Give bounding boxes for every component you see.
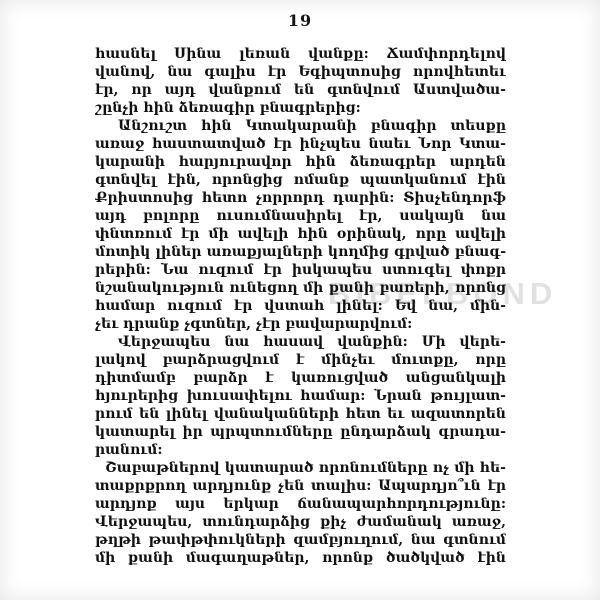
text-line: հասնել Սինա լեռան վանքը: Ճամփորդելով քար… [95, 45, 506, 63]
text-line: կարանի հարյուրավոր հին ձեռագրեր արդեն [95, 153, 506, 171]
text-line: այդ բոլորը ուսումնասիրել էր, սակայն նա [95, 207, 506, 225]
text-line: համար ուզում էր վստահ լինել: Եվ նա, մին- [95, 297, 506, 315]
text-line: Շաբաթներով կատարած որոնումները ոչ մի հե- [95, 459, 506, 477]
text-line: հյուրերից խուսափելու համար: Նրան թույլատ… [95, 387, 506, 405]
text-line: վանով, նա գալիս էր Եգիպտոսից որովհետեւ լ… [95, 63, 506, 81]
text-line: տաքրքրող արդյունք չեն տալիս: Ապարդյո՞ւն … [95, 477, 506, 495]
paragraph: Շաբաթներով կատարած որոնումները ոչ մի հե-… [95, 459, 506, 567]
text-line: Քրիստոսից հետո չորրորդ դարին: Տիսչենդորֆ [95, 189, 506, 207]
text-line: թղթի թափթփուկների զամբյուղում, նա գտնում… [95, 531, 506, 549]
text-line: Անշուշտ հին Կտակարանի բնագիր տեսքը դարեր [95, 117, 506, 135]
text-line: մոտիկ լիներ առաքյալների կողմից գրված բնա… [95, 243, 506, 261]
text-line: Վերջապես նա հասավ վանքին: Մի վերե- [95, 333, 506, 351]
text-line: էր, որ այդ վանքում են գտնվում Աստվածա- [95, 81, 506, 99]
text-line: կատարել իր պրպտումները ընդարձակ գրադա- [95, 423, 506, 441]
text-line: րում են լինել վանականների հետ եւ ազատորե… [95, 405, 506, 423]
text-line: արդյոք այս երկար ճանապարհորդությունը: [95, 495, 506, 513]
paragraph: հասնել Սինա լեռան վանքը: Ճամփորդելով քար… [95, 45, 506, 117]
text-line: գտնվել էին, որոնցից ոմանք պատկանում էին [95, 171, 506, 189]
text-line: չեւ դրանք չգտներ, չէր բավարարվում: [95, 315, 506, 333]
text-line: փնտռում էր մի ավելի հին օրինակ, որը ավել… [95, 225, 506, 243]
text-line: մի քանի մագաղաթներ, որոնք ծածկված էին այ… [95, 549, 506, 567]
paragraph: Անշուշտ հին Կտակարանի բնագիր տեսքը դարեր… [95, 117, 506, 333]
paragraph: Վերջապես նա հասավ վանքին: Մի վերե- լակով… [95, 333, 506, 459]
text-line: լակով բարձրացվում է մինչեւ մուտքը, որը [95, 351, 506, 369]
text-line: շընչի հին ձեռագիր բնագրերից: [95, 99, 506, 117]
text-line: Վերջապես, տունդարձից քիչ ժամանակ առաջ, մ… [95, 513, 506, 531]
text-line: նշանակություն ունեցող մի քանի բառերի, որ… [95, 279, 506, 297]
text-line: առաջ հաստատված էր ինչպես նաեւ Նոր Կտա- [95, 135, 506, 153]
text-line: դիտմամբ բարձր է կառուցված անցանկալի [95, 369, 506, 387]
text-block: հասնել Սինա լեռան վանքը: Ճամփորդելով քար… [95, 45, 506, 567]
page-number: 19 [0, 11, 600, 30]
text-line: րերին: Նա ուզում էր իսկապես ստուգել փոքր [95, 261, 506, 279]
text-line: րանում: [95, 441, 506, 459]
book-page: BIBELBOND 19 հասնել Սինա լեռան վանքը: Ճա… [0, 0, 600, 600]
